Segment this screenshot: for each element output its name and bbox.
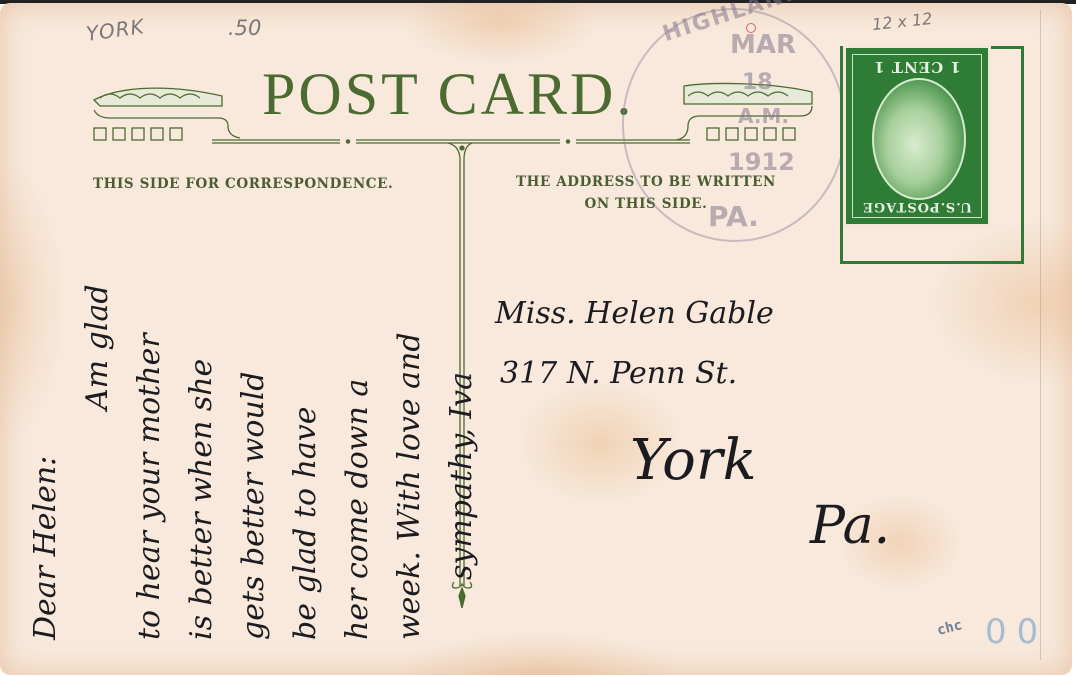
postcard-title: POST CARD. [262, 64, 634, 124]
message-line: gets better would [228, 200, 280, 640]
postage-stamp: 1 CENT 1 U.S.POSTAGE [846, 48, 988, 224]
address-street: 317 N. Penn St. [500, 356, 737, 391]
stamp-denomination: 1 CENT 1 [846, 58, 988, 76]
stamp-country: U.S.POSTAGE [846, 199, 988, 214]
correspondence-label: THIS SIDE FOR CORRESPONDENCE. [93, 173, 393, 195]
address-state: Pa. [810, 496, 890, 556]
address-city: York [630, 428, 757, 493]
postmark-time: A.M. [738, 104, 789, 128]
message-line: week. With love and [384, 200, 436, 640]
message-line: is better when she [176, 200, 228, 640]
postmark-month: MAR [730, 30, 796, 60]
message-line: Am glad [72, 200, 124, 640]
postmark-year: 1912 [728, 148, 795, 176]
handwritten-message: Dear Helen: Am glad to hear your mother … [20, 200, 488, 640]
message-line: sympathy, Iva [436, 200, 488, 640]
stamp-portrait-icon [872, 78, 966, 200]
postmark-day: 18 [742, 70, 773, 95]
postmark-state: PA. [708, 200, 759, 233]
address-name: Miss. Helen Gable [495, 296, 774, 331]
message-line: Dear Helen: [20, 200, 72, 640]
message-line: be glad to have [280, 200, 332, 640]
message-line: her come down a [332, 200, 384, 640]
red-circle-mark [746, 23, 756, 33]
dealer-code: 00 [985, 612, 1048, 652]
message-line: to hear your mother [124, 200, 176, 640]
